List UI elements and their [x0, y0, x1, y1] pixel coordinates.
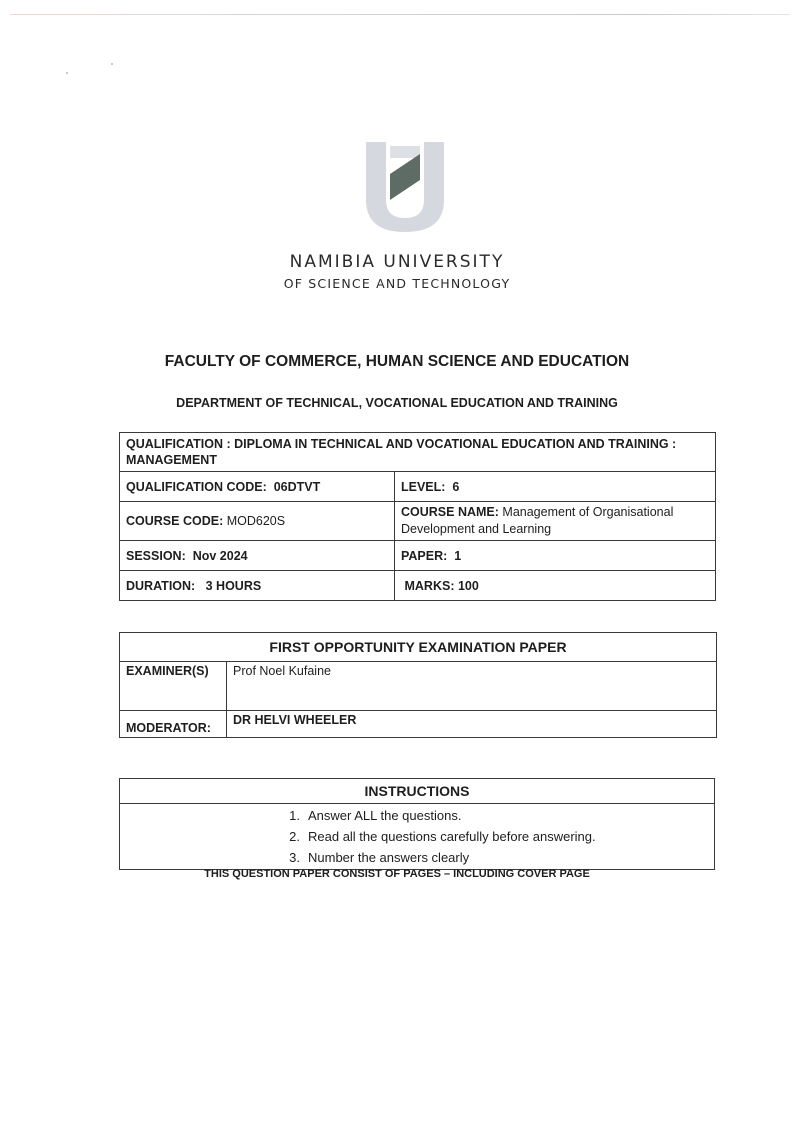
examiners-label: EXAMINER(S)	[120, 662, 227, 711]
scan-speck	[111, 63, 113, 65]
session-cell: SESSION: Nov 2024	[120, 541, 395, 571]
qualification-cell: QUALIFICATION : DIPLOMA IN TECHNICAL AND…	[120, 433, 716, 472]
course-name-cell: COURSE NAME: Management of Organisationa…	[395, 502, 716, 541]
moderator-value: DR HELVI WHEELER	[227, 711, 717, 738]
instruction-item: 3.Number the answers clearly	[280, 847, 714, 868]
university-subname: OF SCIENCE AND TECHNOLOGY	[0, 276, 794, 291]
scan-artifact-line	[10, 14, 790, 15]
exam-title: FIRST OPPORTUNITY EXAMINATION PAPER	[120, 633, 717, 662]
exam-details-table: QUALIFICATION : DIPLOMA IN TECHNICAL AND…	[119, 432, 716, 601]
page-count-note: THIS QUESTION PAPER CONSIST OF PAGES – I…	[0, 868, 794, 880]
instruction-item: 1.Answer ALL the questions.	[280, 805, 714, 826]
marks-cell: MARKS: 100	[395, 571, 716, 601]
department-heading: DEPARTMENT OF TECHNICAL, VOCATIONAL EDUC…	[0, 396, 794, 410]
instruction-item: 2.Read all the questions carefully befor…	[280, 826, 714, 847]
examination-info-table: FIRST OPPORTUNITY EXAMINATION PAPER EXAM…	[119, 632, 717, 738]
examiners-value: Prof Noel Kufaine	[227, 662, 717, 711]
level-cell: LEVEL: 6	[395, 472, 716, 502]
moderator-label: MODERATOR:	[120, 711, 227, 738]
faculty-heading: FACULTY OF COMMERCE, HUMAN SCIENCE AND E…	[0, 353, 794, 371]
qualification-code-cell: QUALIFICATION CODE: 06DTVT	[120, 472, 395, 502]
instructions-title: INSTRUCTIONS	[120, 779, 715, 804]
scan-speck	[66, 72, 68, 74]
instructions-list: 1.Answer ALL the questions. 2.Read all t…	[120, 804, 714, 869]
university-name: NAMIBIA UNIVERSITY	[0, 252, 794, 272]
nust-shield-logo-icon	[362, 138, 448, 234]
duration-cell: DURATION: 3 HOURS	[120, 571, 395, 601]
course-code-cell: COURSE CODE: MOD620S	[120, 502, 395, 541]
paper-cell: PAPER: 1	[395, 541, 716, 571]
instructions-table: INSTRUCTIONS 1.Answer ALL the questions.…	[119, 778, 715, 870]
